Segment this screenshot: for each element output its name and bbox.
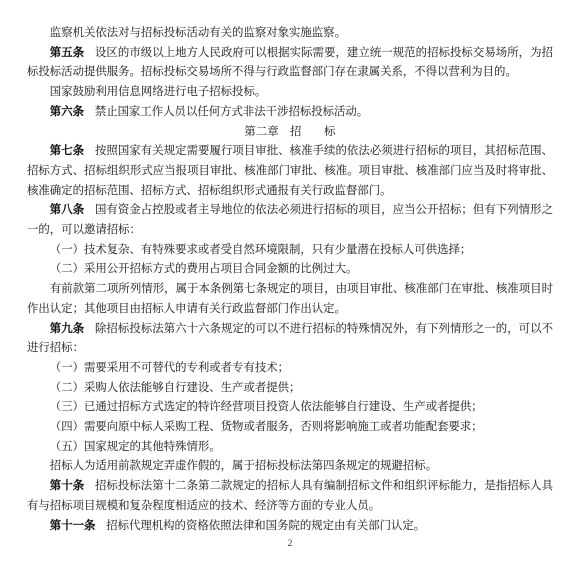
list-item-5: （五）国家规定的其他特殊情形。 [27, 438, 553, 458]
paragraph-text: （二）采购人依法能够自行建设、生产或者提供； [50, 382, 301, 394]
paragraph-article-6: 第六条禁止国家工作人员以任何方式非法干涉招标投标活动。 [27, 103, 553, 123]
paragraph-article-8-clause: 有前款第二项所列情形，属于本条例第七条规定的项目，由项目审批、核准部门在审批、核… [27, 280, 553, 319]
paragraph-article-5: 第五条设区的市级以上地方人民政府可以根据实际需要，建立统一规范的招标投标交易场所… [27, 44, 553, 83]
paragraph-article-10: 第十条招标投标法第十二条第二款规定的招标人具有编制招标文件和组织评标能力，是指招… [27, 477, 553, 516]
paragraph-text: 招标代理机构的资格依照法律和国务院的规定由有关部门认定。 [106, 520, 425, 532]
paragraph-article-9: 第九条除招标投标法第六十六条规定的可以不进行招标的特殊情况外，有下列情形之一的，… [27, 320, 553, 359]
paragraph-text: 国家鼓励利用信息网络进行电子招标投标。 [50, 86, 266, 98]
list-item-2: （二）采用公开招标方式的费用占项目合同金额的比例过大。 [27, 260, 553, 280]
article-number: 第十一条 [50, 520, 96, 532]
document-page: 监察机关依法对与招标投标活动有关的监察对象实施监察。 第五条设区的市级以上地方人… [0, 0, 580, 580]
paragraph-text: 禁止国家工作人员以任何方式非法干涉招标投标活动。 [95, 106, 368, 118]
paragraph-text: 监察机关依法对与招标投标活动有关的监察对象实施监察。 [50, 27, 346, 39]
paragraph-text: 招标投标法第十二条第二款规定的招标人具有编制招标文件和组织评标能力，是指招标人具… [27, 480, 553, 512]
paragraph-e-bidding: 国家鼓励利用信息网络进行电子招标投标。 [27, 83, 553, 103]
paragraph-text: （五）国家规定的其他特殊情形。 [50, 441, 221, 453]
paragraph-supervision: 监察机关依法对与招标投标活动有关的监察对象实施监察。 [27, 24, 553, 44]
paragraph-text: 按照国家有关规定需要履行项目审批、核准手续的依法必须进行招标的项目，其招标范围、… [27, 145, 553, 196]
article-number: 第五条 [50, 47, 84, 59]
paragraph-article-7: 第七条按照国家有关规定需要履行项目审批、核准手续的依法必须进行招标的项目，其招标… [27, 142, 553, 201]
page-number: 2 [0, 539, 580, 549]
paragraph-article-8: 第八条国有资金占控股或者主导地位的依法必须进行招标的项目，应当公开招标；但有下列… [27, 201, 553, 240]
list-item-1: （一）技术复杂、有特殊要求或者受自然环境限制，只有少量潜在投标人可供选择； [27, 241, 553, 261]
article-number: 第八条 [50, 204, 84, 216]
paragraph-text: （一）技术复杂、有特殊要求或者受自然环境限制，只有少量潜在投标人可供选择； [50, 244, 471, 256]
paragraph-text: 有前款第二项所列情形，属于本条例第七条规定的项目，由项目审批、核准部门在审批、核… [27, 283, 553, 315]
paragraph-article-9-clause: 招标人为适用前款规定弄虚作假的，属于招标投标法第四条规定的规避招标。 [27, 457, 553, 477]
paragraph-text: （四）需要向原中标人采购工程、货物或者服务，否则将影响施工或者功能配套要求； [50, 421, 483, 433]
paragraph-article-11: 第十一条招标代理机构的资格依照法律和国务院的规定由有关部门认定。 [27, 517, 553, 537]
paragraph-text: 国有资金占控股或者主导地位的依法必须进行招标的项目，应当公开招标；但有下列情形之… [27, 204, 553, 236]
paragraph-text: （三）已通过招标方式选定的特许经营项目投资人依法能够自行建设、生产或者提供； [50, 401, 483, 413]
paragraph-text: （一）需要采用不可替代的专利或者专有技术； [50, 362, 289, 374]
chapter-heading: 第二章 招 标 [27, 123, 553, 143]
article-number: 第六条 [50, 106, 84, 118]
paragraph-text: 除招标投标法第六十六条规定的可以不进行招标的特殊情况外，有下列情形之一的，可以不… [27, 323, 553, 355]
paragraph-text: 招标人为适用前款规定弄虚作假的，属于招标投标法第四条规定的规避招标。 [50, 460, 437, 472]
list-item-2: （二）采购人依法能够自行建设、生产或者提供； [27, 379, 553, 399]
article-number: 第十条 [50, 480, 84, 492]
article-number: 第九条 [50, 323, 84, 335]
paragraph-text: 设区的市级以上地方人民政府可以根据实际需要，建立统一规范的招标投标交易场所，为招… [27, 47, 553, 79]
article-number: 第七条 [50, 145, 84, 157]
list-item-4: （四）需要向原中标人采购工程、货物或者服务，否则将影响施工或者功能配套要求； [27, 418, 553, 438]
paragraph-text: （二）采用公开招标方式的费用占项目合同金额的比例过大。 [50, 263, 358, 275]
list-item-1: （一）需要采用不可替代的专利或者专有技术； [27, 359, 553, 379]
list-item-3: （三）已通过招标方式选定的特许经营项目投资人依法能够自行建设、生产或者提供； [27, 398, 553, 418]
document-body: 监察机关依法对与招标投标活动有关的监察对象实施监察。 第五条设区的市级以上地方人… [0, 0, 580, 536]
